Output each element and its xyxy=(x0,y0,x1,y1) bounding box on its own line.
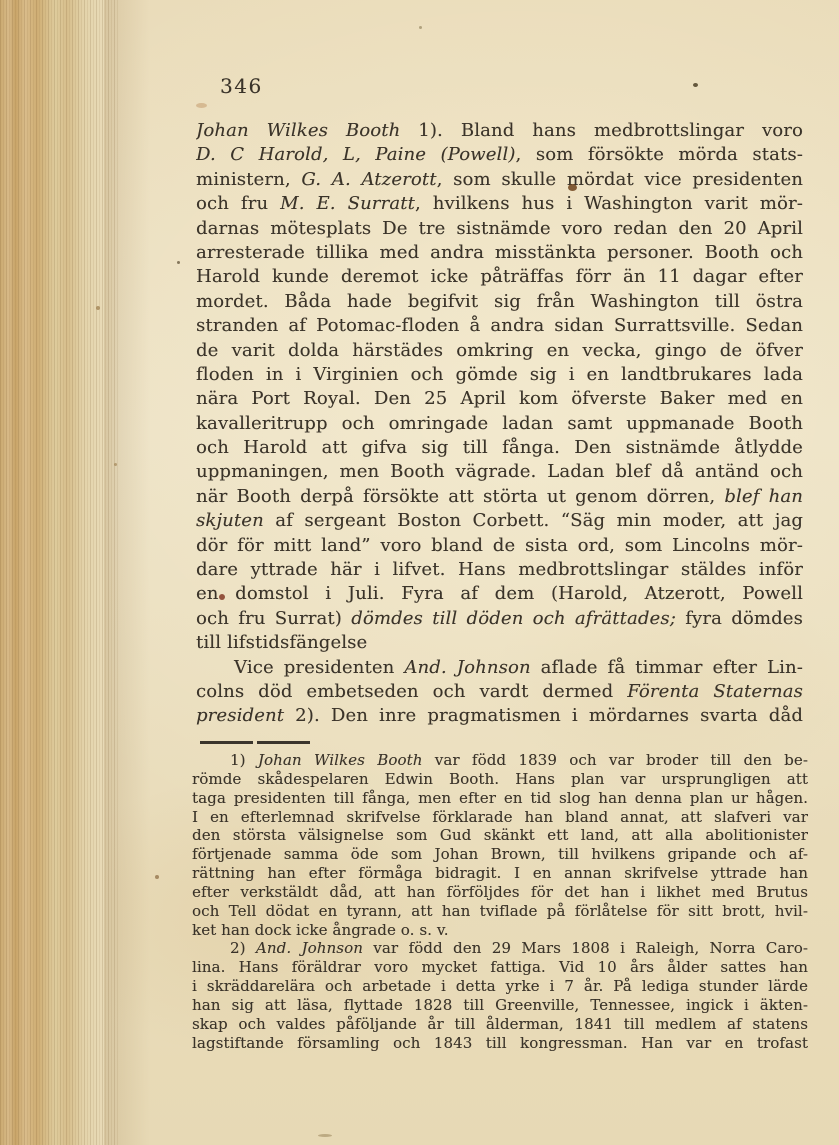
text-line: rättning han efter förmåga bidragit. I e… xyxy=(192,864,808,883)
text-line: dare yttrade här i lifvet. Hans medbrott… xyxy=(196,558,803,582)
book-spine-page-edges xyxy=(0,0,120,1145)
text-line: president 2). Den inre pragmatismen i mö… xyxy=(196,704,803,728)
paper-stain xyxy=(693,83,698,87)
text-line: arresterade tillika med andra misstänkta… xyxy=(196,241,803,265)
text-line: skap och valdes påföljande år till ålder… xyxy=(192,1015,808,1034)
text-line: och Harold att gifva sig till fånga. Den… xyxy=(196,436,803,460)
text-line: I en efterlemnad skrifvelse förklarade h… xyxy=(192,808,808,827)
text-line: efter verkstäldt dåd, att han förföljdes… xyxy=(192,883,808,902)
text-line: när Booth derpå försökte att störta ut g… xyxy=(196,485,803,509)
text-line: D. C Harold, L, Paine (Powell), som förs… xyxy=(196,143,803,167)
text-line: floden in i Virginien och gömde sig i en… xyxy=(196,363,803,387)
text-line: förtjenade samma öde som Johan Brown, ti… xyxy=(192,845,808,864)
text-line: Vice presidenten And. Johnson aflade få … xyxy=(196,656,803,680)
paper-stain xyxy=(419,26,422,29)
paper-stain xyxy=(155,875,159,879)
text-line: kavalleritrupp och omringade ladan samt … xyxy=(196,412,803,436)
paper-stain xyxy=(96,306,100,310)
text-line: 1) Johan Wilkes Booth var född 1839 och … xyxy=(192,751,808,770)
book-page-scan: { "page": { "number": "346", "colors": {… xyxy=(0,0,839,1145)
main-text-block: Johan Wilkes Booth 1). Bland hans medbro… xyxy=(196,119,803,729)
text-line: colns död embetseden och vardt dermed Fö… xyxy=(196,680,803,704)
spine-shadow xyxy=(104,0,150,1145)
text-line: nära Port Royal. Den 25 April kom öfvers… xyxy=(196,387,803,411)
text-line: och fru Surrat) dömdes till döden och af… xyxy=(196,607,803,631)
text-line: den största välsignelse som Gud skänkt e… xyxy=(192,826,808,845)
text-line: stranden af Potomac-floden å andra sidan… xyxy=(196,314,803,338)
text-line: lagstiftande församling och 1843 till ko… xyxy=(192,1034,808,1053)
paper-stain xyxy=(114,463,117,466)
paper-stain xyxy=(318,1134,332,1137)
paper-stain xyxy=(196,103,207,108)
text-line: taga presidenten till fånga, men efter e… xyxy=(192,789,808,808)
text-line: ket han dock icke ångrade o. s. v. xyxy=(192,921,808,940)
text-line: och fru M. E. Surratt, hvilkens hus i Wa… xyxy=(196,192,803,216)
paper-stain xyxy=(219,594,225,600)
text-line: darnas mötesplats De tre sistnämde voro … xyxy=(196,217,803,241)
paper-stain xyxy=(568,184,577,191)
text-line: mordet. Båda hade begifvit sig från Wash… xyxy=(196,290,803,314)
text-line: i skräddarelära och arbetade i detta yrk… xyxy=(192,977,808,996)
text-line: de varit dolda härstädes omkring en veck… xyxy=(196,339,803,363)
text-line: dör för mitt land” voro bland de sista o… xyxy=(196,534,803,558)
text-line: ministern, G. A. Atzerott, som skulle mö… xyxy=(196,168,803,192)
page-number: 346 xyxy=(220,74,263,98)
footnote-separator-rule xyxy=(200,741,310,744)
text-line: en domstol i Juli. Fyra af dem (Harold, … xyxy=(196,582,803,606)
text-line: lina. Hans föräldrar voro mycket fattiga… xyxy=(192,958,808,977)
text-line: römde skådespelaren Edwin Booth. Hans pl… xyxy=(192,770,808,789)
text-line: Harold kunde deremot icke påträffas förr… xyxy=(196,265,803,289)
text-line: till lifstidsfängelse xyxy=(196,631,803,655)
text-line: 2) And. Johnson var född den 29 Mars 180… xyxy=(192,939,808,958)
paper-stain xyxy=(177,261,180,264)
text-line: uppmaningen, men Booth vägrade. Ladan bl… xyxy=(196,460,803,484)
text-line: skjuten af sergeant Boston Corbett. “Säg… xyxy=(196,509,803,533)
text-line: Johan Wilkes Booth 1). Bland hans medbro… xyxy=(196,119,803,143)
text-line: och Tell dödat en tyrann, att han tvifla… xyxy=(192,902,808,921)
footnotes-block: 1) Johan Wilkes Booth var född 1839 och … xyxy=(192,751,808,1053)
text-line: han sig att läsa, flyttade 1828 till Gre… xyxy=(192,996,808,1015)
